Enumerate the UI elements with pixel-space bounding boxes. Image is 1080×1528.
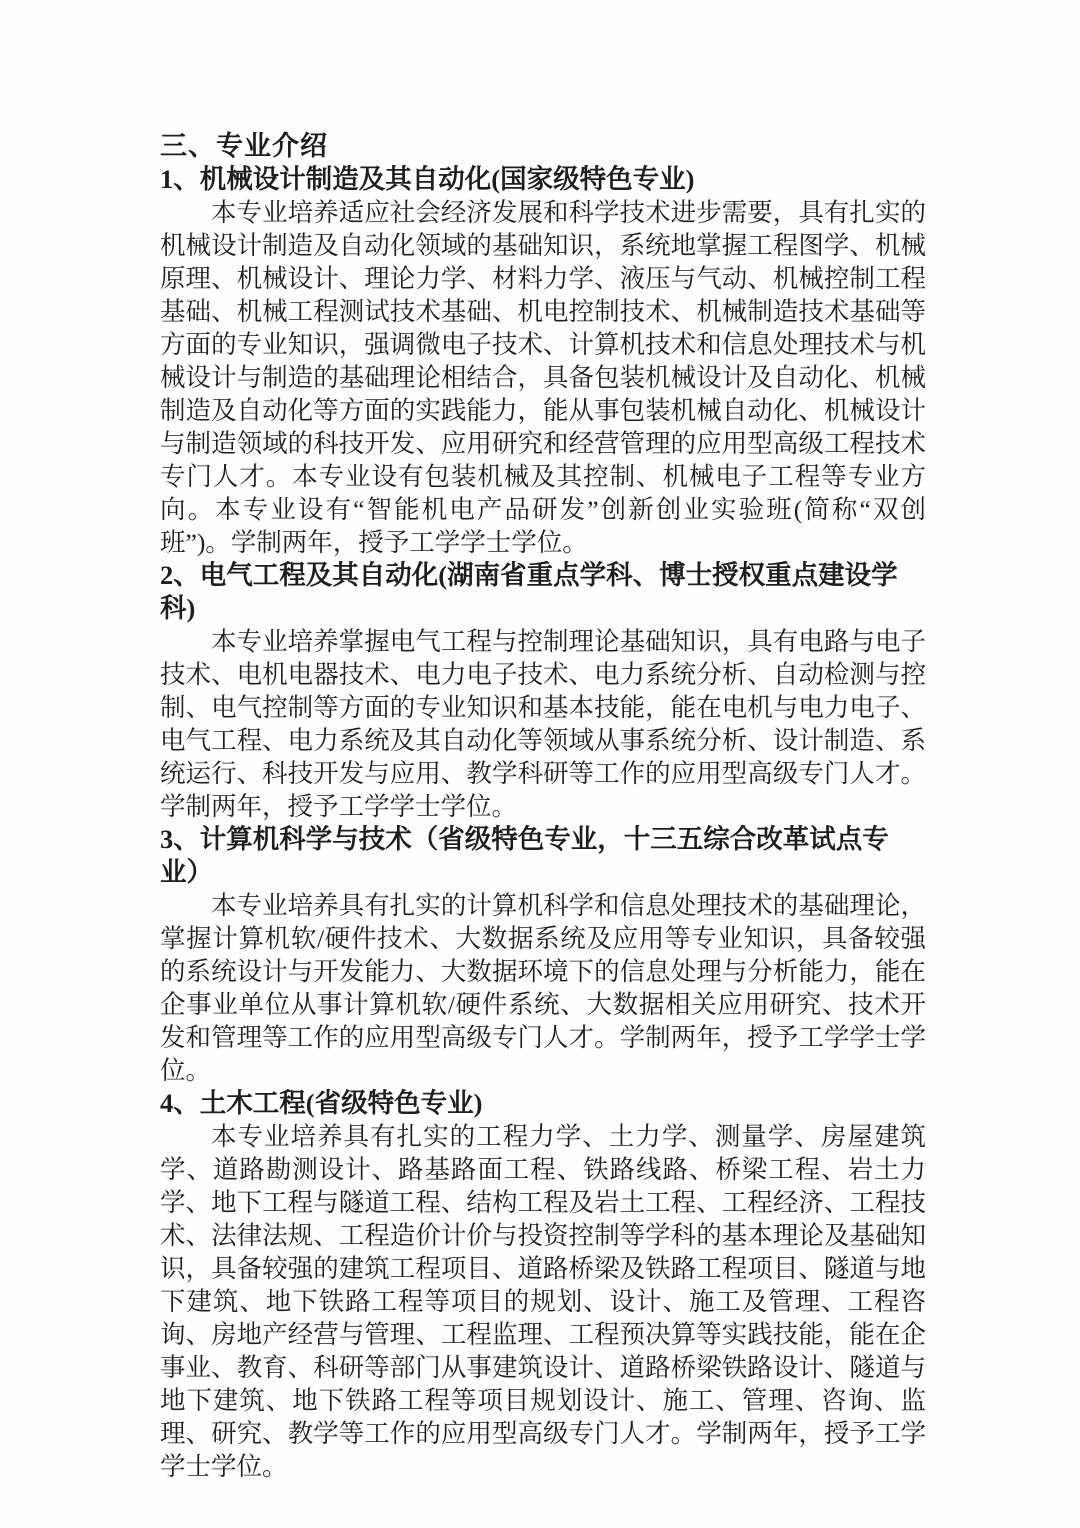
- major-2-description: 本专业培养掌握电气工程与控制理论基础知识，具有电路与电子技术、电机电器技术、电力…: [160, 625, 926, 823]
- major-3-description: 本专业培养具有扎实的计算机科学和信息处理技术的基础理论，掌握计算机软/硬件技术、…: [160, 889, 926, 1087]
- major-1-title: 1、机械设计制造及其自动化(国家级特色专业): [160, 163, 926, 196]
- major-2-title: 2、电气工程及其自动化(湖南省重点学科、博士授权重点建设学科): [160, 559, 926, 625]
- major-3-title: 3、计算机科学与技术（省级特色专业，十三五综合改革试点专业）: [160, 823, 926, 889]
- major-4-title: 4、土木工程(省级特色专业): [160, 1087, 926, 1120]
- document-page: 三、专业介绍 1、机械设计制造及其自动化(国家级特色专业) 本专业培养适应社会经…: [0, 0, 1080, 1528]
- document-content: 三、专业介绍 1、机械设计制造及其自动化(国家级特色专业) 本专业培养适应社会经…: [160, 130, 926, 1483]
- page-title: 三、专业介绍: [160, 130, 926, 163]
- major-4-description: 本专业培养具有扎实的工程力学、土力学、测量学、房屋建筑学、道路勘测设计、路基路面…: [160, 1120, 926, 1483]
- major-1-description: 本专业培养适应社会经济发展和科学技术进步需要，具有扎实的机械设计制造及自动化领域…: [160, 196, 926, 559]
